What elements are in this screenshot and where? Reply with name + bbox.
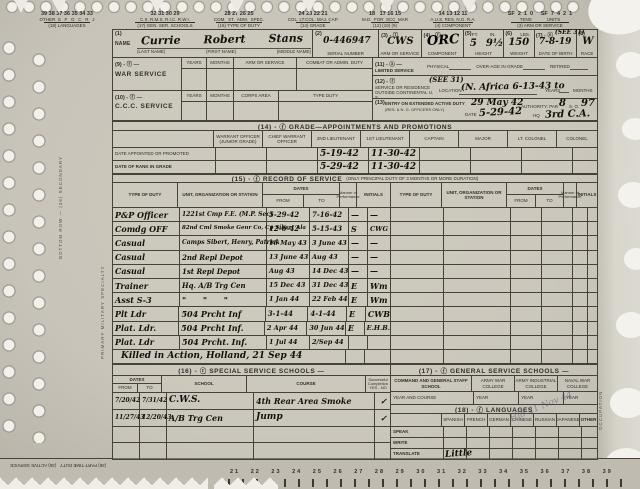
grades-corner-cell (113, 131, 214, 147)
years-label: YEARS (545, 88, 560, 93)
ros-performance: E (346, 322, 365, 335)
ros-unit: 504 Prcht. Inf. (180, 336, 267, 349)
bottom-mirrored-text: (36) PART-TIME DUTY (35) ACTIVE SERVICE (10, 463, 106, 468)
right-edge-vertical-label: OCCUPATION (598, 391, 603, 430)
war-service-arm-cell (234, 69, 297, 90)
lang-col-german: GERMAN (488, 414, 511, 426)
punch-group-label: (4) COMPONENT (433, 22, 473, 28)
ros-initials: — (368, 208, 390, 221)
ros-initials (368, 336, 390, 349)
punch-group-label: (18) LANGUAGES (44, 22, 89, 28)
ros-to: 22 Feb 44 (310, 293, 349, 306)
year-and-course-label: YEAR AND COURSE (391, 392, 474, 404)
ros-head-duty: TYPE OF DUTY (113, 183, 178, 207)
languages-corner-cell (391, 414, 442, 426)
date-of-birth-label: DATE OF BIRTH (535, 51, 576, 56)
grade-col-colonel: COLONEL (557, 131, 597, 147)
ros-from: Aug 43 (267, 265, 310, 278)
overage-label: OVER-AGE IN GRADE (476, 64, 523, 69)
service-row-empty (391, 335, 597, 349)
component-label: COMPONENT (422, 51, 463, 56)
ros-to: 5-15-43 (310, 222, 349, 235)
ccc-col-months: MONTHS (207, 91, 234, 101)
ros-duty: Casual (113, 251, 180, 264)
see-31-note: (SEE 31) (429, 76, 464, 83)
army-war-college-header: ARMY WAR COLLEGE (472, 376, 515, 391)
grades-row2-label: DATE OF RANK IN GRADE (113, 161, 216, 173)
height-inches-value: 9½ (486, 39, 503, 49)
ros-to: 14 Dec 43 (310, 265, 349, 278)
ros-duty: Plat. Ldr. (113, 322, 179, 335)
first-name-caption: (FIRST NAME) (206, 49, 236, 54)
service-row: Plat. Ldr. 504 Prcht Inf. 2 Apr 44 30 Ju… (113, 321, 390, 335)
serial-number-label: SERIAL NUMBER (313, 51, 378, 56)
lang-col-other: OTHER (580, 414, 597, 426)
school-to: 7/31/42 (140, 393, 167, 409)
service-row-empty (391, 349, 597, 363)
grade-col-1lt: 1ST LIEUTENANT (361, 131, 410, 147)
school-from: 7/20/42 (113, 393, 140, 409)
war-service-section: (9) - ⓕ — WAR SERVICE YEARS MONTHS ARM O… (113, 57, 373, 90)
punched-notch (462, 0, 476, 13)
grades-section-title: (14) - ⓕ GRADE—APPOINTMENTS AND PROMOTIO… (113, 120, 597, 130)
ccc-col-corps: CORPS AREA (234, 91, 279, 101)
ros-performance: — (349, 208, 368, 221)
race-label: RACE (577, 51, 597, 56)
ros-head-initials: INITIALS (357, 183, 390, 207)
write-row: WRITE (391, 438, 597, 449)
ros-from: 1 Jan 44 (267, 293, 310, 306)
ros-head-performance: Manner of Performance (564, 183, 577, 207)
ros-duty: Plt Ldr (113, 307, 179, 320)
ros-head-unit: UNIT, ORGANIZATION OR STATION (442, 183, 507, 207)
last-name-caption: (LAST NAME) (137, 49, 165, 54)
grades-table: WARRANT OFFICER (JUNIOR GRADE) CHIEF WAR… (113, 130, 597, 173)
grade-value (522, 148, 573, 160)
top-edge-group: 32 31 30 29 C.S. R.M.S. R.I.C. R.W.I. (1… (126, 10, 204, 29)
schools-head-completion: Successful Completion YES - NO (366, 376, 390, 392)
grades-row1-label: DATE APPOINTED OR PROMOTED (113, 148, 216, 160)
service-row: Plat. Ldr 504 Prcht. Inf. 1 Jul 44 2/Sep… (113, 335, 390, 349)
serial-number-field: (2) 0-446947 SERIAL NUMBER (313, 30, 379, 57)
top-edge-group: SF 2 1 0 SF 7 4 2 1 TENS UNITS (3) ARM O… (488, 10, 592, 29)
ros-head-dates: DATES (263, 183, 339, 195)
grade-value (216, 148, 267, 160)
service-row: Trainer Hq. A/B Trg Cen 15 Dec 43 31 Dec… (113, 278, 390, 292)
field-number: (12) - ⓕ (375, 77, 435, 85)
bottom-punch-numbers: 21 22 23 24 25 26 27 28 29 30 31 32 33 3… (230, 469, 613, 475)
grade-value (471, 148, 522, 160)
grade-col-major: MAJOR (459, 131, 508, 147)
service-row-empty (391, 221, 597, 235)
service-row-empty (391, 250, 597, 264)
field-number: (1) (115, 31, 122, 37)
left-punch-holes-col1 (2, 41, 18, 446)
ros-unit: 1st Repl Depot (180, 265, 267, 278)
war-service-years-cell (182, 69, 207, 90)
grade-value (573, 161, 597, 173)
ros-head-dates: DATES (507, 183, 563, 195)
record-of-service-table-left: TYPE OF DUTY UNIT, ORGANIZATION OR STATI… (113, 182, 391, 363)
service-row-empty (391, 278, 597, 292)
field-number: (5) (465, 31, 472, 37)
schools-head-school: SCHOOL (162, 376, 247, 392)
ros-to: 2/Sep 44 (310, 336, 349, 349)
schools-head-dates: DATES (113, 376, 161, 384)
months-label: MONTHS (573, 88, 593, 93)
ros-duty: Asst S-3 (113, 293, 180, 306)
ros-to: 7-16-42 (310, 208, 349, 221)
ros-head-to: TO (304, 195, 339, 207)
torn-paper-blob (616, 52, 640, 78)
ros-from: 2 Apr 44 (265, 322, 307, 335)
component-field: (4) - ⓕ ORC COMPONENT (422, 30, 464, 57)
grade-value (573, 148, 597, 160)
grade-value (420, 161, 471, 173)
ros-unit: 504 Prcht Inf (179, 307, 265, 320)
ros-performance: S (349, 222, 368, 235)
war-service-col-arm: ARM OR SERVICE (234, 58, 297, 68)
languages-title: (18) - ⓕ LANGUAGES (391, 404, 597, 413)
ros-head-from: FROM (507, 195, 536, 207)
arm-or-service-label: ARM OR SERVICE (379, 51, 420, 56)
ros-from: 5-29-42 (267, 208, 310, 221)
entry-date-value: 5-29-42 (479, 107, 523, 119)
ros-to: 30 Jun 44 (307, 322, 345, 335)
special-schools-table: DATES FROM TO SCHOOL COURSE Successful C… (113, 375, 391, 459)
grade-value: 11-30-42 (369, 148, 420, 160)
race-value: W (582, 37, 593, 47)
punch-group-label: (3) ARM OR SERVICE (511, 22, 568, 28)
field-number: (9) - ⓕ — (115, 60, 179, 68)
ccc-service-title: C.C.C. SERVICE (115, 103, 179, 110)
school-course: 4th Rear Area Smoke (254, 393, 375, 409)
top-punch-edge: 39 38 37 36 35 34 33 OTHER S F G C R J (… (0, 0, 596, 29)
ros-performance: E (349, 279, 368, 292)
year-label: YEAR (474, 392, 519, 404)
grade-value: 5-29-42 (318, 161, 369, 173)
physical-label: PHYSICAL (427, 64, 449, 69)
authority-label: AUTHORITY: PAR (521, 104, 558, 109)
service-row: Casual 2nd Repl Depot 13 June 43 Aug 43 … (113, 250, 390, 264)
war-service-col-years: YEARS (182, 58, 207, 68)
kia-note: Killed in Action, Holland, 21 Sep 44 (113, 350, 346, 363)
lang-col-russian: RUSSIAN (534, 414, 557, 426)
ros-unit: Camps Sibert, Henry, Patrick (180, 236, 267, 249)
grade-value (522, 161, 573, 173)
schools-head-from: FROM (113, 384, 138, 392)
date-label: DATE (465, 112, 477, 117)
special-schools-title: (16) - ⓡ SPECIAL SERVICE SCHOOLS — (113, 363, 391, 375)
authority-par-value: 8 (559, 99, 566, 109)
punch-group-label: (16) TYPE OF DUTY (216, 22, 262, 28)
general-schools-title-text: (17) - ⓕ GENERAL SERVICE SCHOOLS — (419, 366, 569, 375)
punched-notch (380, 0, 394, 13)
date-of-birth-value: 7-8-19 (539, 38, 572, 47)
ccc-service-section: (10) - ⓕ — C.C.C. SERVICE YEARS MONTHS C… (113, 90, 373, 120)
translate-value: Little (445, 449, 473, 460)
naval-war-college-header: NAVAL WAR COLLEGE (558, 376, 597, 391)
punched-notch (302, 0, 316, 13)
serial-number-value: 0-446947 (323, 37, 371, 46)
service-row-empty (391, 321, 597, 335)
punch-group-label: (17) GEN. SER. SCHOOLS (135, 22, 194, 28)
location-label: LOCATION (439, 88, 462, 93)
war-service-title: WAR SERVICE (115, 71, 179, 78)
ros-initials: Wm (368, 293, 390, 306)
ros-unit: " " " (180, 293, 267, 306)
scanned-punch-card: 39 38 37 36 35 34 33 OTHER S F G C R J (… (0, 0, 640, 489)
service-row-empty (391, 235, 597, 249)
arm-or-service-field: (3) - ⓕ CWS ARM OR SERVICE (379, 30, 421, 57)
top-edge-group: 14 13 12 11 A.U.S. RES. N.G. R.A. (4) CO… (418, 10, 488, 29)
killed-in-action-row: Killed in Action, Holland, 21 Sep 44 (113, 349, 390, 363)
war-service-col-duty: COMBAT OR ADMIN. DUTY (297, 58, 372, 68)
special-schools-title-text: (16) - ⓡ SPECIAL SERVICE SCHOOLS — (178, 366, 325, 375)
ros-initials: — (368, 265, 390, 278)
ros-initials: — (368, 251, 390, 264)
school-from: 11/27/43 (113, 410, 140, 426)
weight-field: (6) LBS. 150 WEIGHT (504, 30, 535, 57)
punched-notch (150, 0, 164, 13)
ros-performance: — (349, 236, 368, 249)
ros-head-unit: UNIT, ORGANIZATION OR STATION (178, 183, 263, 207)
ros-performance (349, 336, 368, 349)
translate-row: TRANSLATE Little (391, 449, 597, 459)
grade-value (267, 148, 318, 160)
weight-value: 150 (508, 38, 529, 48)
war-service-months-cell (207, 69, 234, 90)
school-name: C.W.S. (167, 393, 254, 409)
ros-performance (346, 350, 365, 363)
ccc-type-cell (279, 102, 372, 120)
lang-col-spanish: SPANISH (442, 414, 465, 426)
ros-duty: Trainer (113, 279, 180, 292)
ros-from: 1 Jul 44 (267, 336, 310, 349)
ros-duty: Plat. Ldr (113, 336, 180, 349)
ros-from: 15 Dec 43 (267, 279, 310, 292)
speak-label: SPEAK (391, 427, 444, 437)
service-row-empty (391, 264, 597, 278)
speak-row: SPEAK (391, 427, 597, 438)
languages-table: SPANISH FRENCH GERMAN CHINESE RUSSIAN JA… (391, 413, 597, 459)
location-underline (459, 94, 537, 95)
service-row: Casual 1st Repl Depot Aug 43 14 Dec 43 —… (113, 264, 390, 278)
left-punch-holes-col2 (32, 53, 48, 443)
ccc-col-years: YEARS (182, 91, 207, 101)
component-value: ORC (426, 33, 459, 48)
lang-col-french: FRENCH (465, 414, 488, 426)
left-edge-vertical-label: BOTTOM ROW — (36) SECONDARY (58, 156, 63, 259)
general-schools-title: (17) - ⓕ GENERAL SERVICE SCHOOLS — (391, 363, 597, 375)
ros-performance: E (349, 293, 368, 306)
ros-head-initials: INITIALS (577, 183, 597, 207)
service-row: P&P Officer 1221st Cmp F.E. (M.P. Sec) 5… (113, 207, 390, 221)
identity-row: (1) NAME Currie Robert Stans (LAST NAME)… (113, 30, 597, 57)
ros-head-performance: Manner of Performance (340, 183, 357, 207)
punched-notch (52, 0, 66, 13)
grade-col-cwo: CHIEF WARRANT OFFICER (263, 131, 312, 147)
cgss-header: COMMAND AND GENERAL STAFF SCHOOL (391, 376, 472, 391)
service-row: Asst S-3 " " " 1 Jan 44 22 Feb 44 E Wm (113, 292, 390, 306)
ros-from: 13 June 43 (267, 251, 310, 264)
grade-value: 5-19-42 (318, 148, 369, 160)
translate-label: TRANSLATE (391, 449, 444, 459)
race-field: (8) W RACE (577, 30, 597, 57)
grade-value (267, 161, 318, 173)
ccc-col-type: TYPE DUTY (279, 91, 372, 101)
height-label: HEIGHT (464, 51, 503, 56)
ros-initials: E.H.B. (365, 322, 390, 335)
service-row-empty (391, 292, 597, 306)
entry-note: (RES. & N. G. OFFICERS ONLY) (385, 108, 444, 113)
retired-label: RETIRED (550, 64, 570, 69)
war-service-duty-cell (297, 69, 372, 90)
name-value: Currie Robert Stans (141, 33, 303, 47)
torn-paper-blob (610, 388, 640, 418)
school-to: 12/20/43 (140, 410, 167, 426)
left-punch-edge: BOTTOM ROW — (36) SECONDARY PRIMARY MILI… (0, 29, 112, 459)
service-row-empty (391, 306, 597, 320)
school-row-empty (113, 426, 390, 443)
hq-label: HQ (533, 113, 540, 118)
feet-unit-label: FT. (472, 32, 478, 37)
limited-service-section: (11) - ⓐ — LIMITED SERVICE PHYSICAL OVER… (373, 57, 597, 75)
ros-performance: — (349, 251, 368, 264)
punch-group-label: (12) (10) (9) (371, 22, 399, 28)
arm-or-service-value: CWS (387, 37, 413, 47)
field-number: (13) (375, 100, 385, 106)
grade-value (420, 148, 471, 160)
ros-initials: — (368, 236, 390, 249)
weight-label: WEIGHT (504, 51, 534, 56)
limited-service-title: LIMITED SERVICE (375, 68, 427, 73)
grade-value (471, 161, 522, 173)
service-row-empty (391, 207, 597, 221)
record-of-service-table-right: TYPE OF DUTY UNIT, ORGANIZATION OR STATI… (391, 182, 597, 363)
ros-duty: Casual (113, 236, 180, 249)
schools-head-to: TO (138, 384, 161, 392)
ros-duty: P&P Officer (113, 208, 180, 221)
torn-zigzag (214, 474, 278, 489)
punched-notch (14, 0, 28, 13)
bottom-tick-marks (228, 479, 628, 487)
inches-unit-label: IN. (490, 32, 496, 37)
name-label: NAME (115, 41, 131, 47)
service-row: Casual Camps Sibert, Henry, Patrick 16 M… (113, 235, 390, 249)
bottom-punch-edge: (36) PART-TIME DUTY (35) ACTIVE SERVICE … (0, 458, 640, 489)
army-industrial-college-header: ARMY INDUSTRIAL COLLEGE (515, 376, 558, 391)
service-row: Comdg OFF 82nd Cml Smoke Genr Co, Cp Sib… (113, 221, 390, 235)
name-field: (1) NAME Currie Robert Stans (LAST NAME)… (113, 30, 313, 57)
ros-from: 3-1-44 (266, 307, 309, 320)
ros-performance: — (349, 265, 368, 278)
school-row: 7/20/42 7/31/42 C.W.S. 4th Rear Area Smo… (113, 392, 390, 409)
ros-head-from: FROM (263, 195, 304, 207)
date-of-birth-field: (7) - ⓔ (SEE 31) 7-8-19 DATE OF BIRTH (535, 30, 577, 57)
ros-duty: Comdg OFF (113, 222, 180, 235)
ros-initials: CWG (368, 222, 390, 235)
grade-col-captain: CAPTAIN (410, 131, 459, 147)
ros-from: 16 May 43 (267, 236, 310, 249)
ros-to: 3 June 43 (310, 236, 349, 249)
ros-performance: E (347, 307, 366, 320)
ccc-service-title-cell: (10) - ⓕ — C.C.C. SERVICE (113, 91, 182, 120)
height-feet-value: 5 (470, 39, 477, 49)
school-row: 11/27/43 12/20/43 A/B Trg Cen Jump ✓ (113, 409, 390, 426)
ros-unit: 82nd Cml Smoke Genr Co, Cp Sibert Ala (180, 222, 267, 235)
torn-paper-blob (618, 182, 640, 208)
ros-head-duty: TYPE OF DUTY (391, 183, 442, 207)
completion-checkmark: ✓ (375, 410, 390, 426)
field-number: (10) - ⓕ — (115, 93, 179, 101)
ros-unit: Hq. A/B Trg Cen (180, 279, 267, 292)
war-service-col-months: MONTHS (207, 58, 234, 68)
write-label: WRITE (391, 438, 444, 448)
ccc-corps-cell (234, 102, 279, 120)
grade-col-ltcol: LT. COLONEL (508, 131, 557, 147)
punched-notch (230, 0, 244, 13)
ros-title-note: (ONLY PRINCIPAL DUTY OF 3 MONTHS OR MORE… (346, 176, 478, 181)
ros-unit: 1221st Cmp F.E. (M.P. Sec) (180, 208, 267, 221)
ros-initials: CWB (366, 307, 390, 320)
record-of-service-title: (15) - ⓕ RECORD OF SERVICE (ONLY PRINCIP… (113, 173, 597, 182)
lang-col-japanese: JAPANESE (557, 414, 580, 426)
punch-group-label: (14) GRADE (296, 22, 329, 28)
ros-to: 4-1-44 (308, 307, 347, 320)
entry-title: ENTRY ON EXTENDED ACTIVE DUTY (385, 101, 465, 106)
ros-initials: Wm (368, 279, 390, 292)
middle-name-caption: (MIDDLE NAME) (277, 49, 311, 54)
school-course: Jump (254, 410, 375, 426)
entry-active-duty-section: (13) ENTRY ON EXTENDED ACTIVE DUTY (RES.… (373, 98, 597, 120)
ccc-months-cell (207, 102, 234, 120)
ros-from: 12-6-42 (267, 222, 310, 235)
school-row-empty (113, 442, 390, 459)
grade-col-wojg: WARRANT OFFICER (JUNIOR GRADE) (214, 131, 263, 147)
ros-duty: Casual (113, 265, 180, 278)
ros-to: 31 Dec 43 (310, 279, 349, 292)
service-record-form: (1) NAME Currie Robert Stans (LAST NAME)… (112, 29, 598, 460)
ccc-years-cell (182, 102, 207, 120)
schools-head-course: COURSE (247, 376, 366, 392)
torn-zigzag (0, 474, 208, 489)
ros-unit: 504 Prcht Inf. (179, 322, 265, 335)
war-service-title-cell: (9) - ⓕ — WAR SERVICE (113, 58, 182, 90)
completion-checkmark: ✓ (375, 393, 390, 409)
field-number: (2) (315, 31, 322, 37)
left-edge-vertical-label: PRIMARY MILITARY SPECIALTY (100, 265, 105, 359)
ros-initials (365, 350, 390, 363)
torn-paper-blob (616, 312, 640, 338)
grade-value (216, 161, 267, 173)
grade-col-2lt: 2ND LIEUTENANT (312, 131, 361, 147)
ros-to: Aug 43 (310, 251, 349, 264)
school-name: A/B Trg Cen (167, 410, 254, 426)
ros-unit: 2nd Repl Depot (180, 251, 267, 264)
residence-outside-us-section: (12) - ⓕ SERVICE OR RESIDENCE OUTSIDE CO… (373, 75, 597, 98)
field-number: (11) - ⓐ — (375, 60, 427, 68)
height-field: (5) FT. IN. 5 9½ HEIGHT (464, 30, 504, 57)
grade-value: 11-30-42 (369, 161, 420, 173)
service-row: Plt Ldr 504 Prcht Inf 3-1-44 4-1-44 E CW… (113, 306, 390, 320)
